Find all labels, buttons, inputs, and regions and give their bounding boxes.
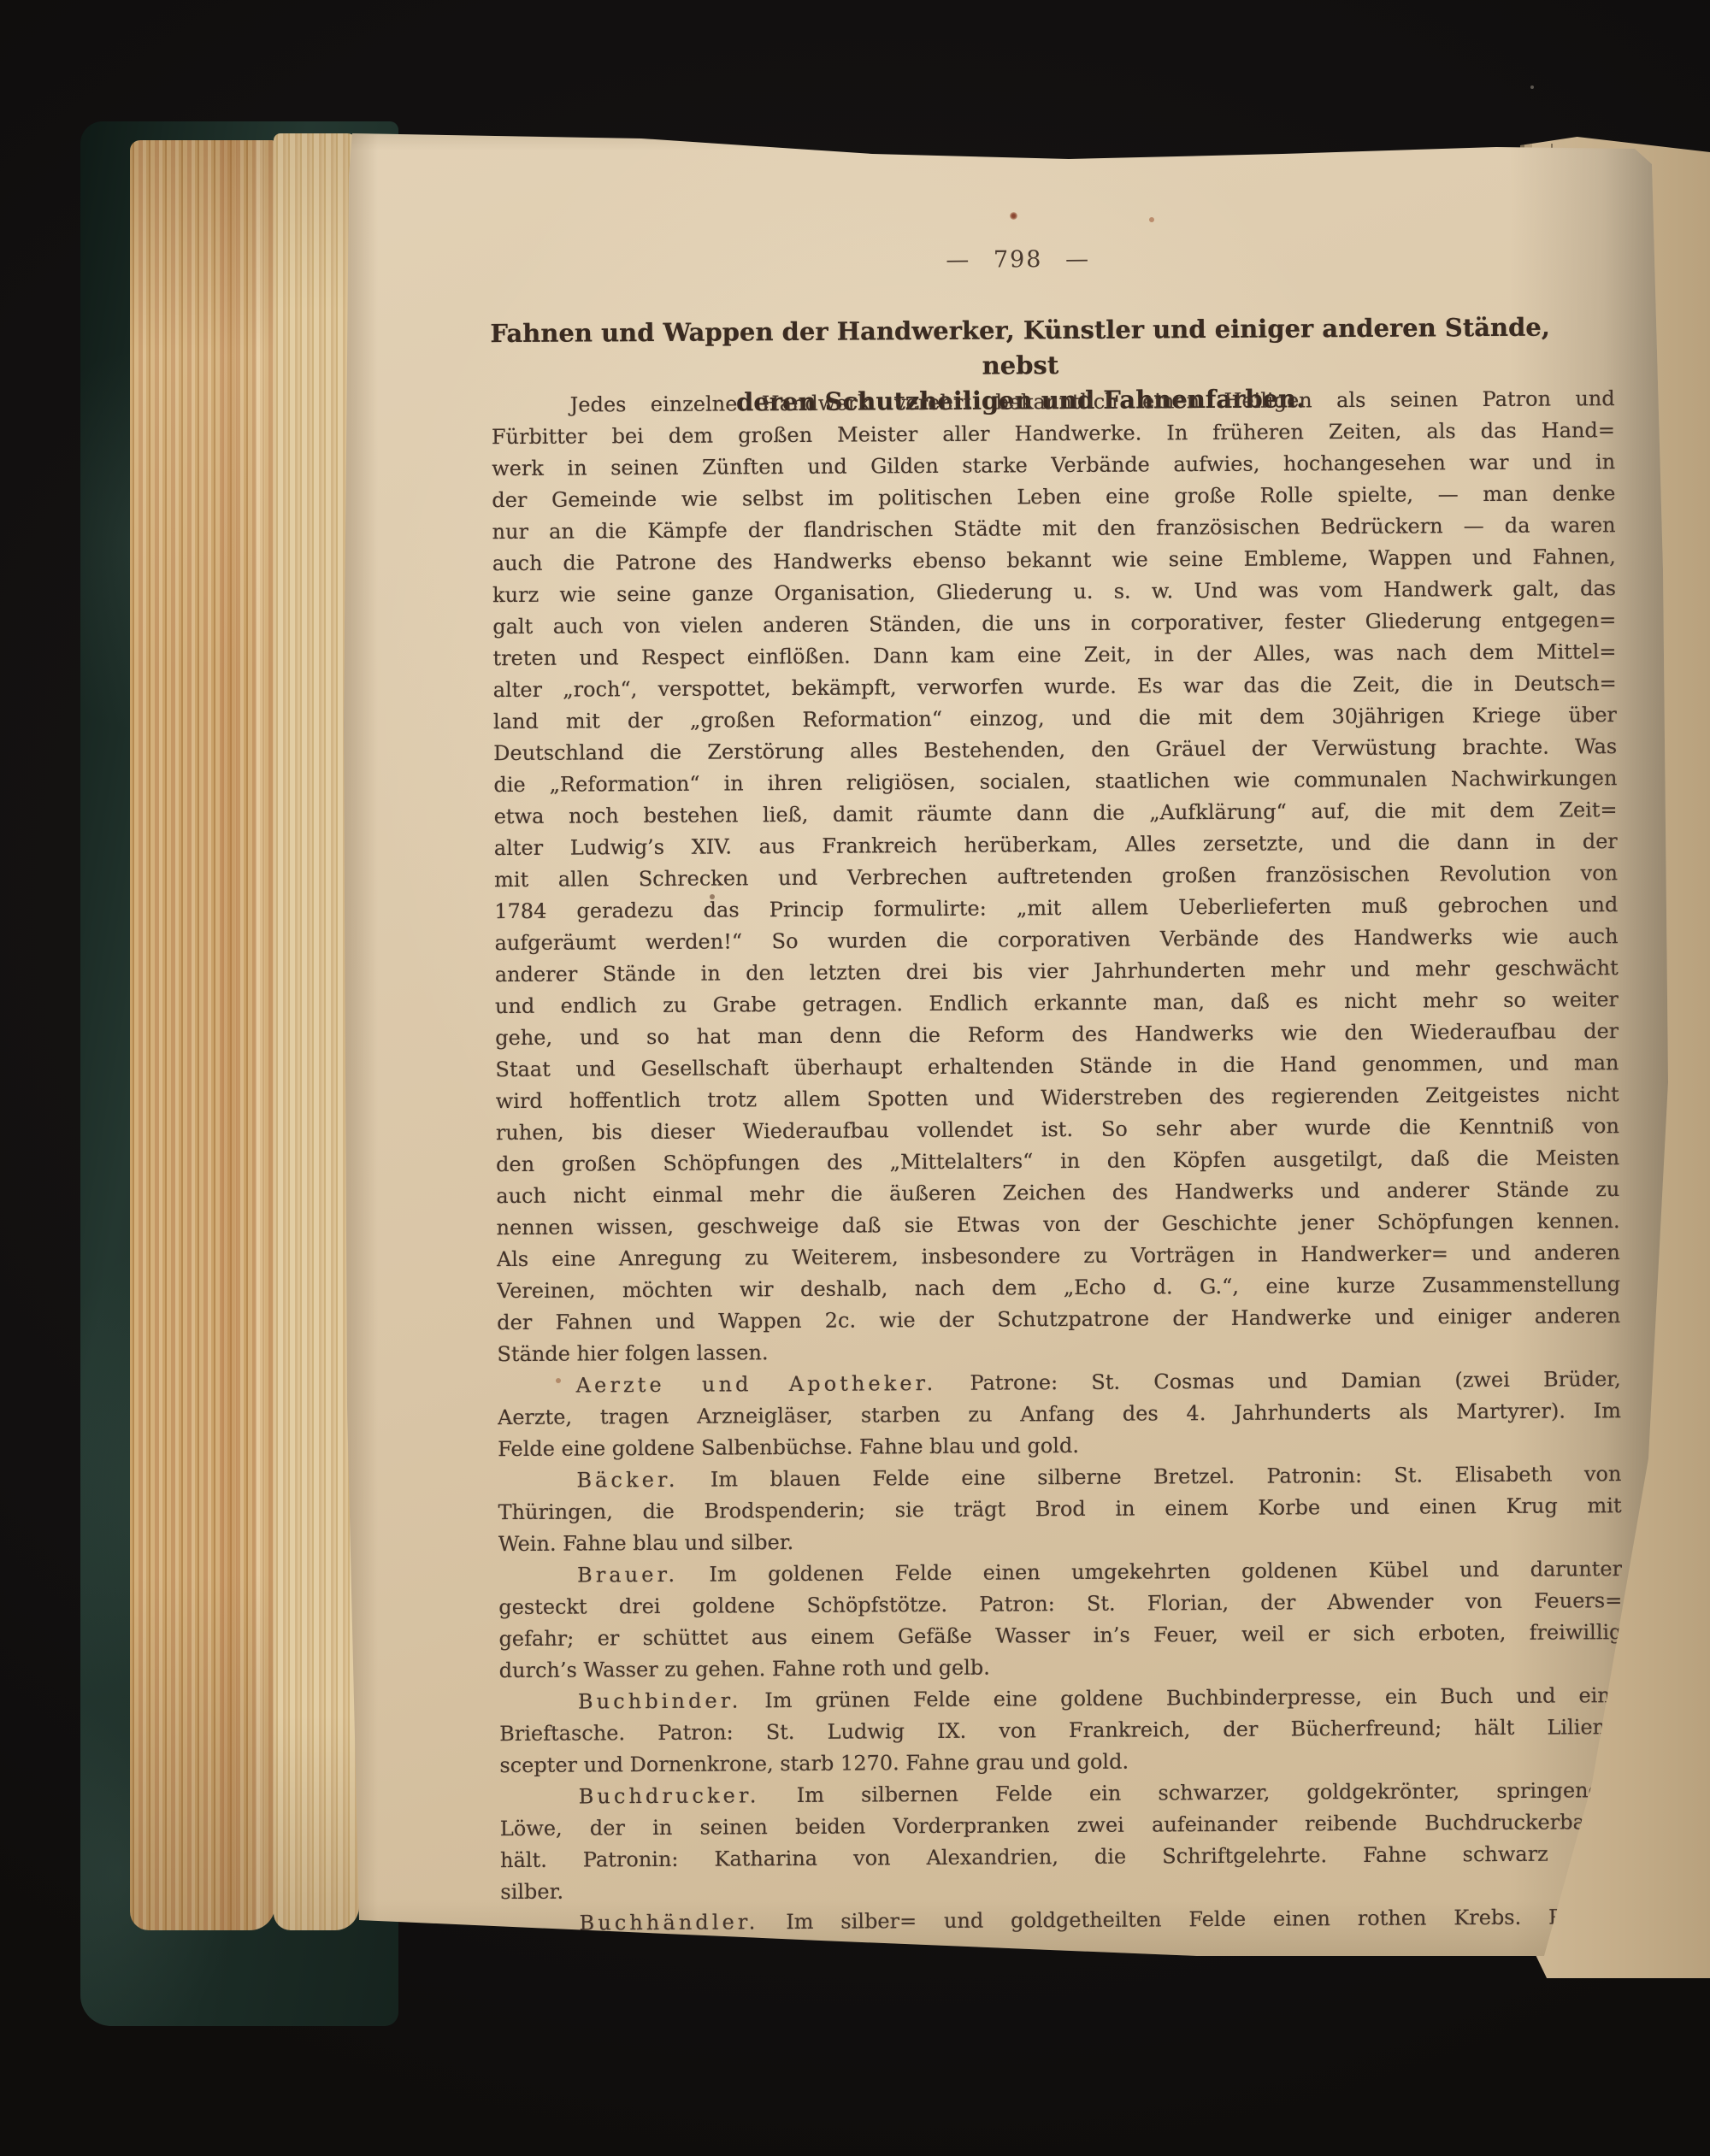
text-run: gesteckt drei goldene Schöpfstötze. Patr…: [498, 1588, 1622, 1619]
text-run: silber.: [500, 1880, 563, 1904]
text-run: land mit der „großen Reformation“ einzog…: [493, 703, 1617, 733]
trade-name-spaced: Aerzte und Apotheker.: [576, 1371, 937, 1398]
text-line: Buchhändler. Im silber= und goldgetheilt…: [500, 1901, 1624, 1940]
scanned-book-page: — 798 — Fahnen und Wappen der Handwerker…: [342, 125, 1669, 1973]
text-run: und endlich zu Grabe getragen. Endlich e…: [495, 987, 1619, 1018]
text-run: auch nicht einmal mehr die äußeren Zeich…: [496, 1177, 1619, 1208]
trade-name-spaced: Buchhändler.: [579, 1910, 758, 1935]
trade-name-spaced: Bäcker.: [576, 1468, 678, 1493]
text-run: aufgeräumt werden!“ So wurden die corpor…: [494, 924, 1618, 955]
text-run: den großen Schöpfungen des „Mittelalters…: [496, 1146, 1619, 1176]
text-run: Stände hier folgen lassen.: [497, 1340, 768, 1366]
text-run: gehe, und so hat man denn die Reform des…: [495, 1019, 1619, 1050]
text-run: wird hoffentlich trotz allem Spotten und…: [496, 1082, 1619, 1113]
fore-edge-pages-outer: [130, 140, 275, 1930]
text-run: mit allen Schrecken und Verbrechen auftr…: [494, 861, 1618, 892]
text-run: die „Reformation“ in ihren religiösen, s…: [493, 766, 1617, 797]
text-run: kurz wie seine ganze Organisation, Glied…: [492, 576, 1616, 607]
text-run: ruhen, bis dieser Wiederaufbau vollendet…: [496, 1114, 1619, 1145]
text-run: durch’s Wasser zu gehen. Fahne roth und …: [499, 1656, 990, 1683]
text-run: nennen wissen, geschweige daß sie Etwas …: [497, 1209, 1620, 1240]
text-run: Staat und Gesellschaft überhaupt erhalte…: [495, 1051, 1619, 1081]
text-run: Jedes einzelne Handwerk verehrt bekanntl…: [570, 386, 1615, 416]
text-run: scepter und Dornenkrone, starb 1270. Fah…: [499, 1750, 1129, 1777]
text-run: alter „roch“, verspottet, bekämpft, verw…: [493, 671, 1617, 702]
text-run: nur an die Kämpfe der flandrischen Städt…: [492, 513, 1616, 544]
body-text: Jedes einzelne Handwerk verehrt bekanntl…: [492, 383, 1624, 1940]
text-run: der Gemeinde wie selbst im politischen L…: [492, 481, 1615, 512]
text-run: Fürbitter bei dem großen Meister aller H…: [492, 418, 1615, 449]
dust-speck: [1530, 85, 1534, 89]
text-run: Als eine Anregung zu Weiterem, insbesond…: [497, 1240, 1620, 1271]
text-run: Patrone: St. Cosmas und Damian (zwei Brü…: [936, 1367, 1621, 1395]
text-run: Löwe, der in seinen beiden Vorderpranken…: [500, 1810, 1624, 1841]
text-run: treten und Respect einflößen. Dann kam e…: [492, 639, 1616, 670]
text-run: Aerzte, tragen Arzneigläser, starben zu …: [498, 1399, 1621, 1429]
text-run: alter Ludwig’s XIV. aus Frankreich herüb…: [494, 829, 1618, 860]
text-run: Felde eine goldene Salbenbüchse. Fahne b…: [498, 1434, 1079, 1461]
text-run: anderer Stände in den letzten drei bis v…: [495, 956, 1619, 987]
text-run: galt auch von vielen anderen Ständen, di…: [492, 608, 1616, 639]
photo-background: — 798 — Fahnen und Wappen der Handwerker…: [0, 0, 1710, 2156]
article-heading-line1: Fahnen und Wappen der Handwerker, Künstl…: [486, 310, 1554, 387]
page-number: — 798 —: [484, 244, 1553, 277]
text-run: Brieftasche. Patron: St. Ludwig IX. von …: [499, 1715, 1623, 1746]
trade-name-spaced: Brauer.: [577, 1563, 678, 1588]
text-run: Vereinen, möchten wir deshalb, nach dem …: [497, 1272, 1620, 1303]
text-run: etwa noch bestehen ließ, damit räumte da…: [494, 798, 1618, 828]
page-content: — 798 — Fahnen und Wappen der Handwerker…: [338, 121, 1676, 1977]
text-run: Im blauen Felde eine silberne Bretzel. P…: [678, 1462, 1621, 1492]
text-run: Thüringen, die Brodspenderin; sie trägt …: [498, 1493, 1622, 1524]
text-run: Im grünen Felde eine goldene Buchbinderp…: [741, 1683, 1623, 1712]
text-run: hält. Patronin: Katharina von Alexandrie…: [500, 1841, 1624, 1872]
trade-name-spaced: Buchdrucker.: [579, 1783, 760, 1808]
text-run: 1784 geradezu das Princip formulirte: „m…: [494, 892, 1618, 923]
text-run: Im goldenen Felde einen umgekehrten gold…: [678, 1557, 1622, 1587]
text-run: der Fahnen und Wappen 2c. wie der Schutz…: [497, 1304, 1620, 1334]
text-run: werk in seinen Zünften und Gilden starke…: [492, 450, 1615, 480]
text-run: Im silber= und goldgetheilten Felde eine…: [758, 1905, 1624, 1934]
text-run: gefahr; er schüttet aus einem Gefäße Was…: [498, 1620, 1622, 1651]
text-run: auch die Patrone des Handwerks ebenso be…: [492, 545, 1616, 575]
trade-name-spaced: Buchbinder.: [578, 1688, 742, 1713]
text-run: Deutschland die Zerstörung alles Bestehe…: [493, 734, 1617, 765]
text-run: Wein. Fahne blau und silber.: [498, 1530, 794, 1556]
text-run: Im silbernen Felde ein schwarzer, goldge…: [759, 1778, 1623, 1807]
